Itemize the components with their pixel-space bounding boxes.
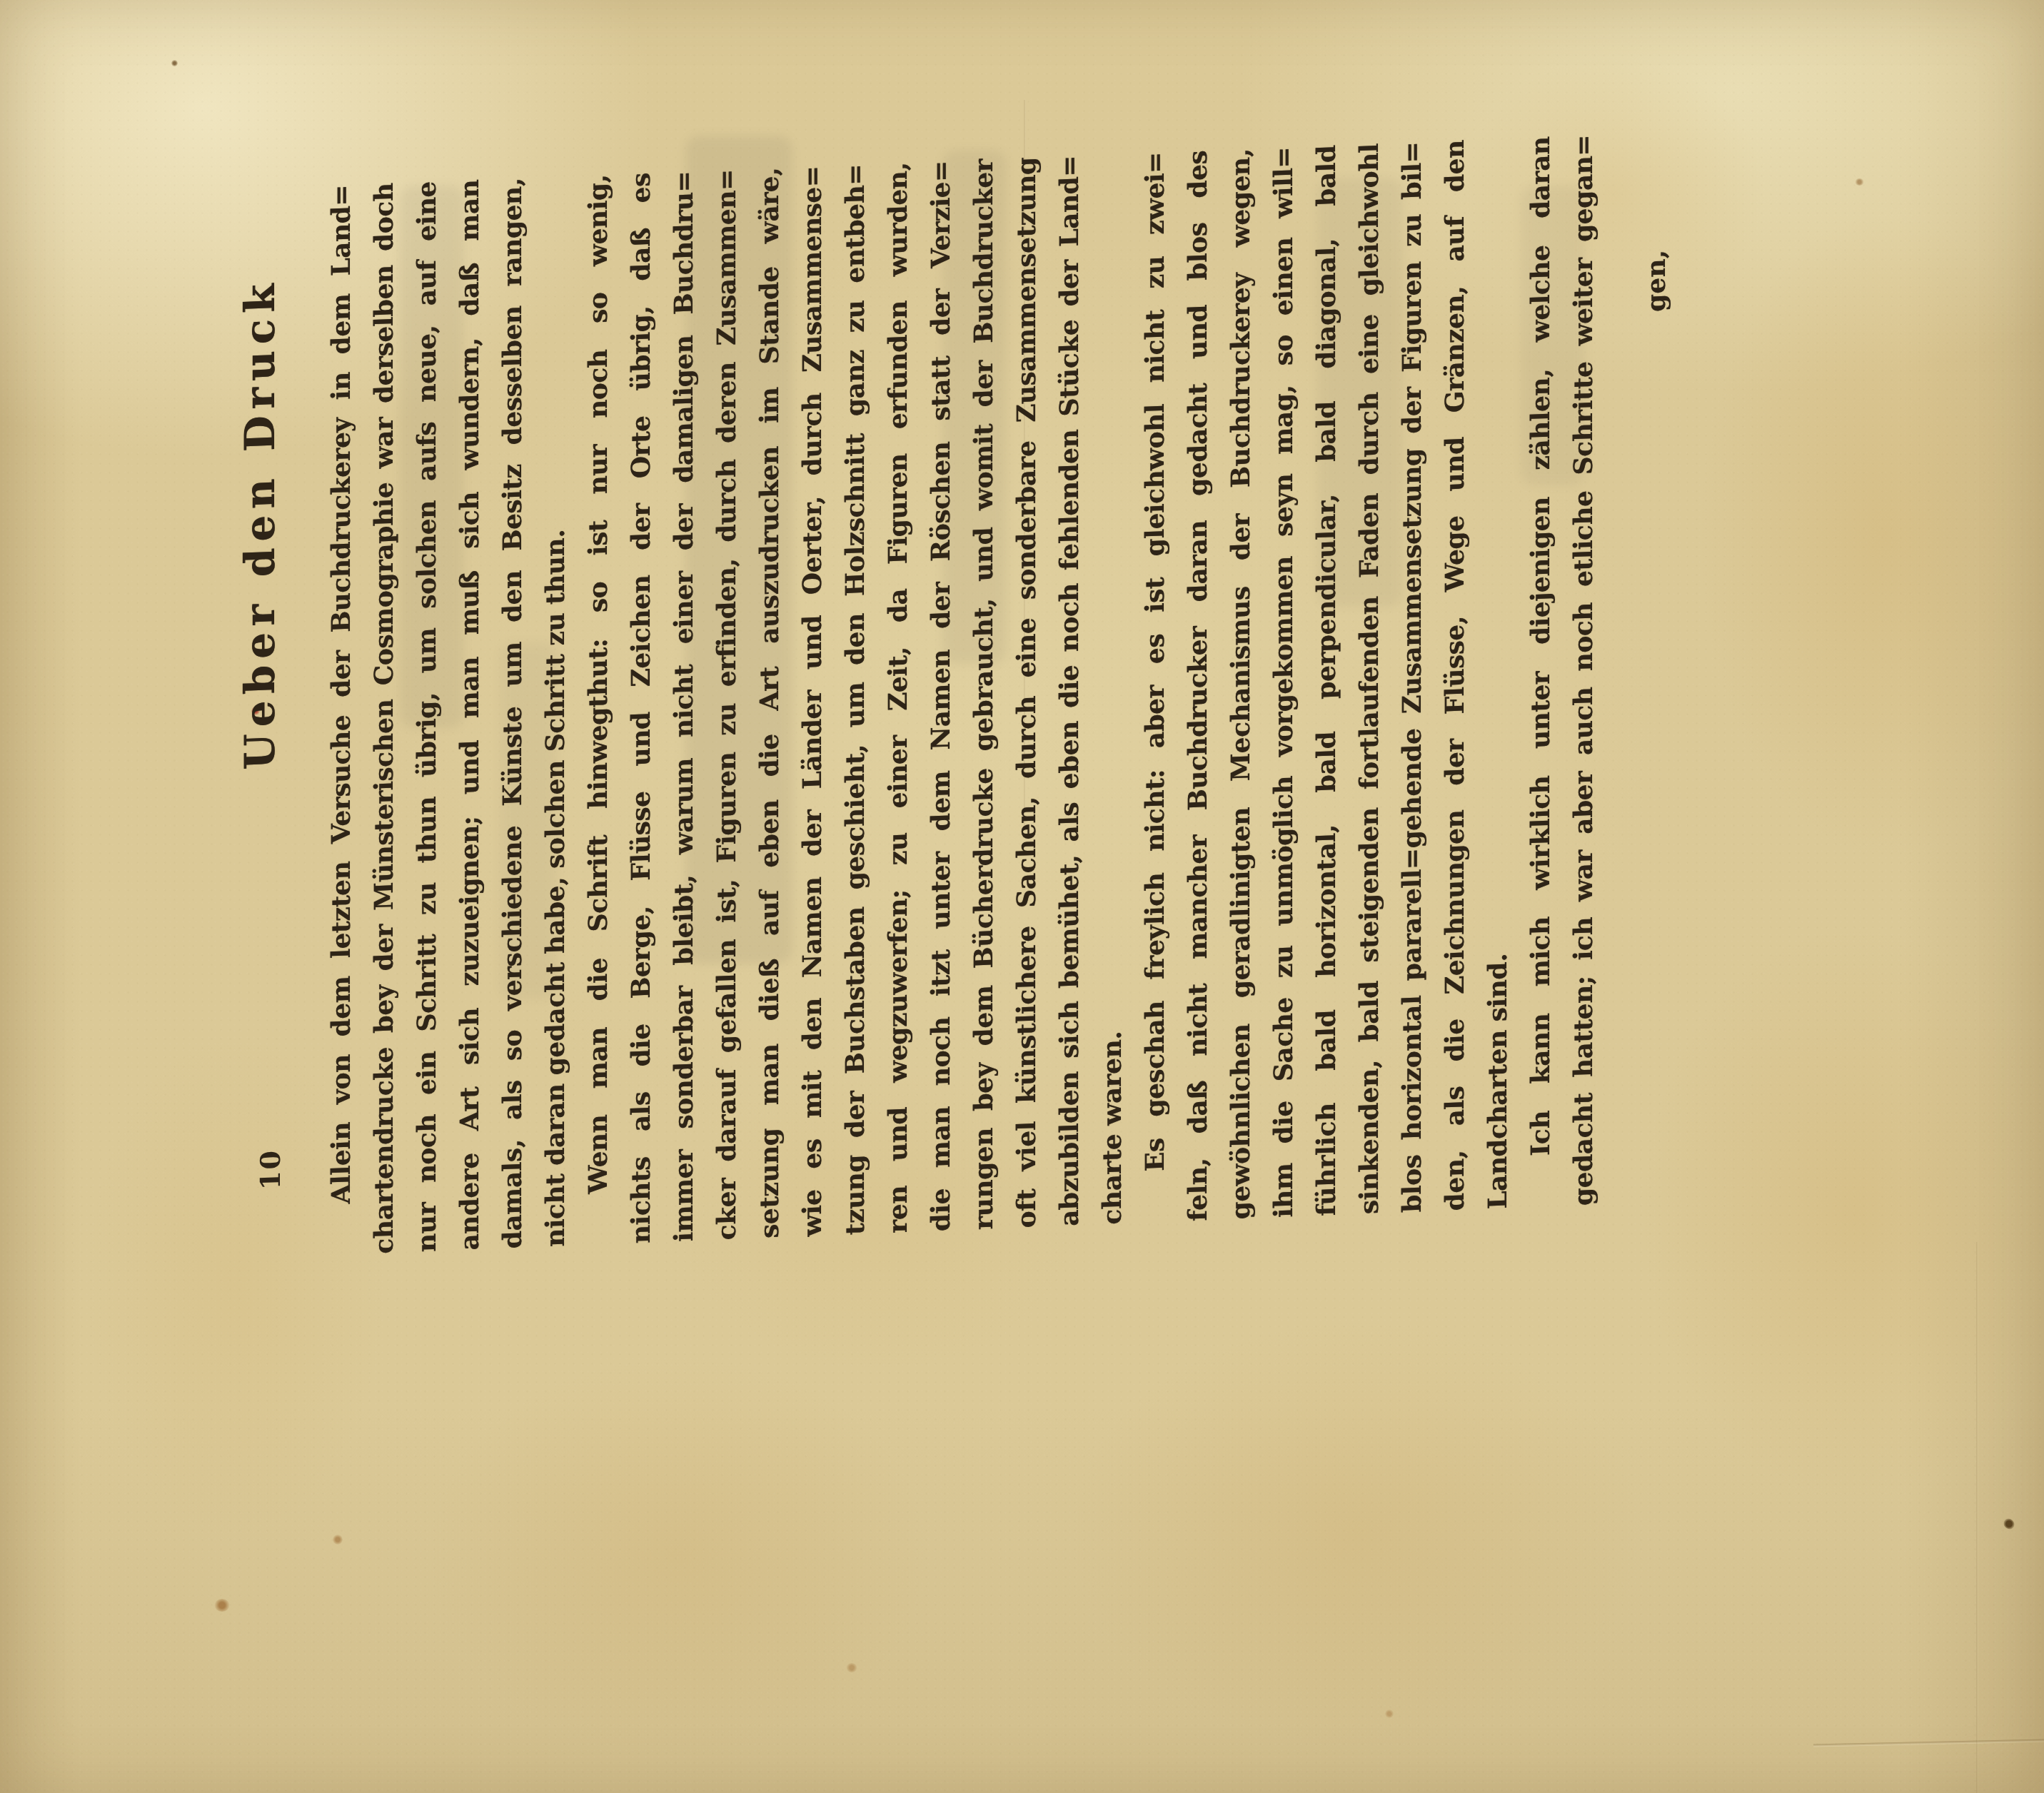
text-line: Wenn man die Schrift hinwegthut: so ist … xyxy=(577,173,620,1246)
text-line: nicht daran gedacht habe, solchen Schrit… xyxy=(534,176,577,1248)
scanned-book-page: 10 Ueber den Druck Allein von dem letzte… xyxy=(0,0,2044,1793)
text-line: Allein von dem letzten Versuche der Buch… xyxy=(320,184,363,1256)
text-line: nichts als die Berge, Flüsse und Zeichen… xyxy=(620,172,663,1244)
running-head: Ueber den Druck xyxy=(236,187,284,1260)
text-block: 10 Ueber den Druck Allein von dem letzte… xyxy=(236,131,1678,1260)
text-line: Landcharten sind. xyxy=(1476,138,1519,1210)
text-line: blos horizontal pararell=gehende Zusamme… xyxy=(1391,141,1434,1213)
text-line: die man noch itzt unter dem Namen der Rö… xyxy=(920,160,962,1232)
text-line: setzung man dieß auf eben die Art auszud… xyxy=(748,167,791,1239)
text-line: chartendrucke bey der Münsterischen Cosm… xyxy=(363,182,406,1254)
text-line: den, als die Zeichnungen der Flüsse, Weg… xyxy=(1434,139,1476,1211)
text-line: cker darauf gefallen ist, Figuren zu erf… xyxy=(705,168,748,1241)
text-line: oft viel künstlichere Sachen, durch eine… xyxy=(1005,156,1048,1228)
text-line: abzubilden sich bemühet, als eben die no… xyxy=(1048,155,1091,1227)
text-line: andere Art sich zuzueignen; und man muß … xyxy=(448,179,491,1251)
text-line: gedacht hatten; ich war aber auch noch e… xyxy=(1562,134,1605,1206)
running-head-line: 10 Ueber den Druck xyxy=(236,186,304,1260)
text-line: rungen bey dem Bücherdrucke gebraucht, u… xyxy=(962,158,1005,1231)
page-number: 10 xyxy=(254,1148,286,1191)
text-line: führlich bald horizontal, bald perpendic… xyxy=(1305,144,1348,1216)
text-line: charte waren. xyxy=(1091,153,1134,1225)
rotated-page-content: 10 Ueber den Druck Allein von dem letzte… xyxy=(0,0,2044,1793)
text-line: damals, als so verschiedene Künste um de… xyxy=(491,177,534,1249)
text-line: ren und wegzuwerfen; zu einer Zeit, da F… xyxy=(877,162,920,1234)
text-line: nur noch ein Schritt zu thun übrig, um s… xyxy=(406,181,448,1253)
text-line: gewöhnlichen geradlinigten Mechanismus d… xyxy=(1219,148,1262,1220)
text-line: immer sonderbar bleibt, warum nicht eine… xyxy=(663,171,705,1243)
text-line: Ich kann mich wirklich unter diejenigen … xyxy=(1519,136,1562,1208)
text-line: sinkenden, bald steigenden fortlaufenden… xyxy=(1348,143,1391,1215)
text-line: Es geschah freylich nicht: aber es ist g… xyxy=(1134,151,1177,1223)
text-line: tzung der Buchstaben geschieht, um den H… xyxy=(834,163,877,1236)
text-line: feln, daß nicht mancher Buchdrucker dara… xyxy=(1177,150,1219,1222)
text-line: ihm die Sache zu unmöglich vorgekommen s… xyxy=(1262,146,1305,1218)
catchword: gen, xyxy=(1635,131,1678,1203)
text-line: wie es mit den Namen der Länder und Oert… xyxy=(791,165,834,1237)
body-text: Allein von dem letzten Versuche der Buch… xyxy=(320,134,1605,1256)
